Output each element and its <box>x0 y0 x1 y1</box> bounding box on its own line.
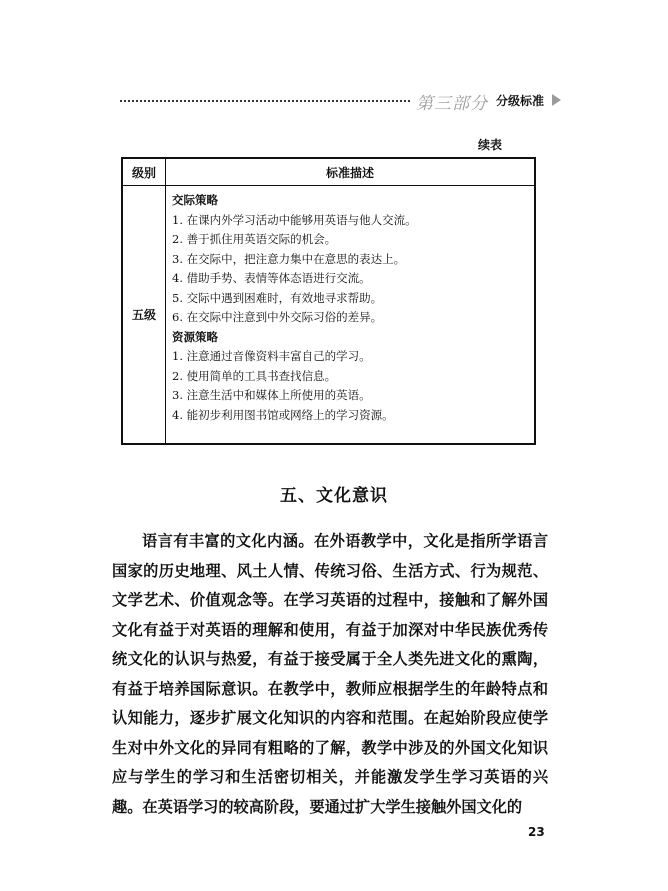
part-title: 第三部分 <box>416 89 488 114</box>
list-item: 3. 在交际中，把注意力集中在意思的表达上。 <box>172 250 534 270</box>
standards-table: 级别 标准描述 五级 交际策略 1. 在课内外学习活动中能够用英语与他人交流。 … <box>121 157 536 445</box>
list-item: 4. 借助手势、表情等体态语进行交流。 <box>172 269 534 289</box>
section-label: 分级标准 <box>496 92 544 109</box>
group-title: 资源策略 <box>172 328 534 348</box>
table-row: 五级 交际策略 1. 在课内外学习活动中能够用英语与他人交流。 2. 善于抓住用… <box>122 186 535 445</box>
continued-label: 续表 <box>478 136 502 153</box>
level-cell: 五级 <box>122 186 166 445</box>
running-head: 第三部分 分级标准 <box>120 89 552 111</box>
list-item: 2. 使用简单的工具书查找信息。 <box>172 367 534 387</box>
list-item: 5. 交际中遇到困难时，有效地寻求帮助。 <box>172 289 534 309</box>
list-item: 4. 能初步利用图书馆或网络上的学习资源。 <box>172 406 534 426</box>
list-item: 1. 注意通过音像资料丰富自己的学习。 <box>172 347 534 367</box>
description-cell: 交际策略 1. 在课内外学习活动中能够用英语与他人交流。 2. 善于抓住用英语交… <box>166 186 536 445</box>
list-item: 3. 注意生活中和媒体上所使用的英语。 <box>172 386 534 406</box>
body-paragraph: 语言有丰富的文化内涵。在外语教学中，文化是指所学语言国家的历史地理、风土人情、传… <box>112 527 548 822</box>
page-number: 23 <box>528 825 545 839</box>
table-header-row: 级别 标准描述 <box>122 158 535 186</box>
section-title: 五、文化意识 <box>0 481 668 506</box>
group-title: 交际策略 <box>172 191 534 211</box>
triangle-right-icon <box>552 94 561 106</box>
dotted-rule <box>120 100 410 102</box>
list-item: 1. 在课内外学习活动中能够用英语与他人交流。 <box>172 211 534 231</box>
list-item: 2. 善于抓住用英语交际的机会。 <box>172 230 534 250</box>
header-description: 标准描述 <box>166 158 536 186</box>
header-level: 级别 <box>122 158 166 186</box>
list-item: 6. 在交际中注意到中外交际习俗的差异。 <box>172 308 534 328</box>
